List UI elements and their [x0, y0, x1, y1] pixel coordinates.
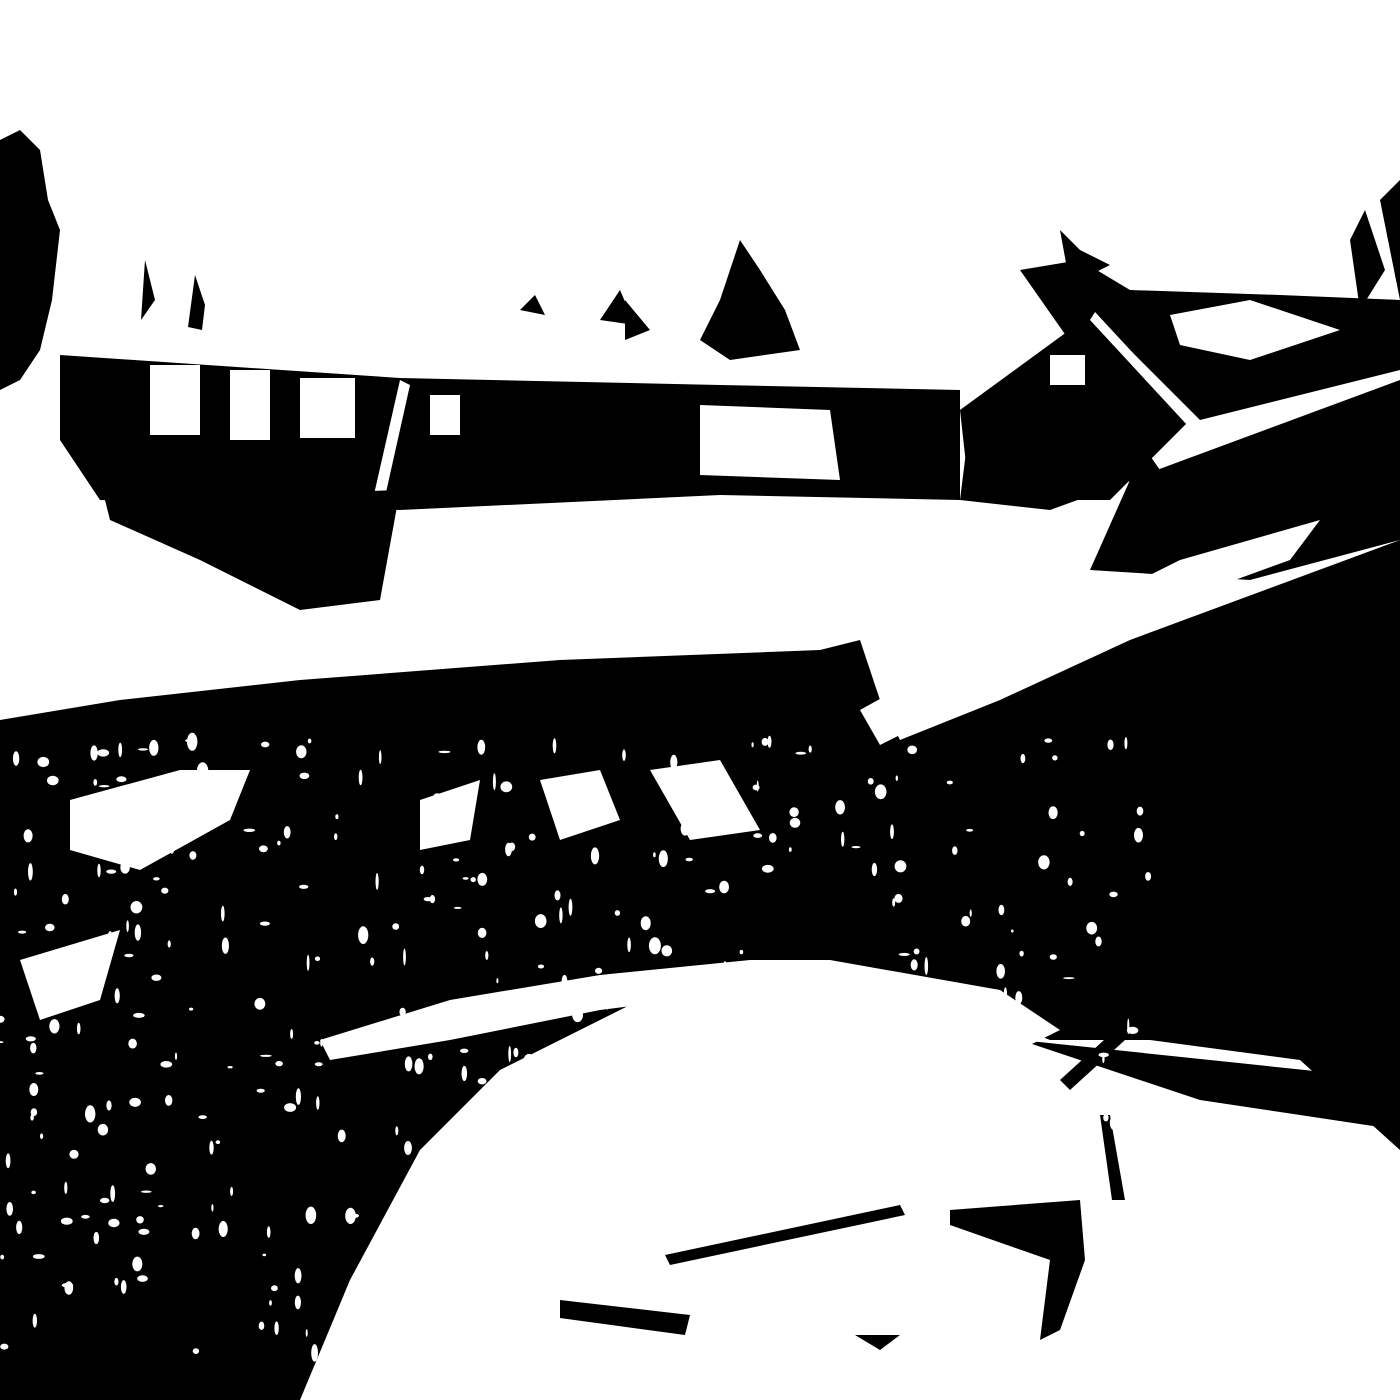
photograph [0, 0, 1400, 1400]
photo-scene [0, 0, 1400, 1400]
